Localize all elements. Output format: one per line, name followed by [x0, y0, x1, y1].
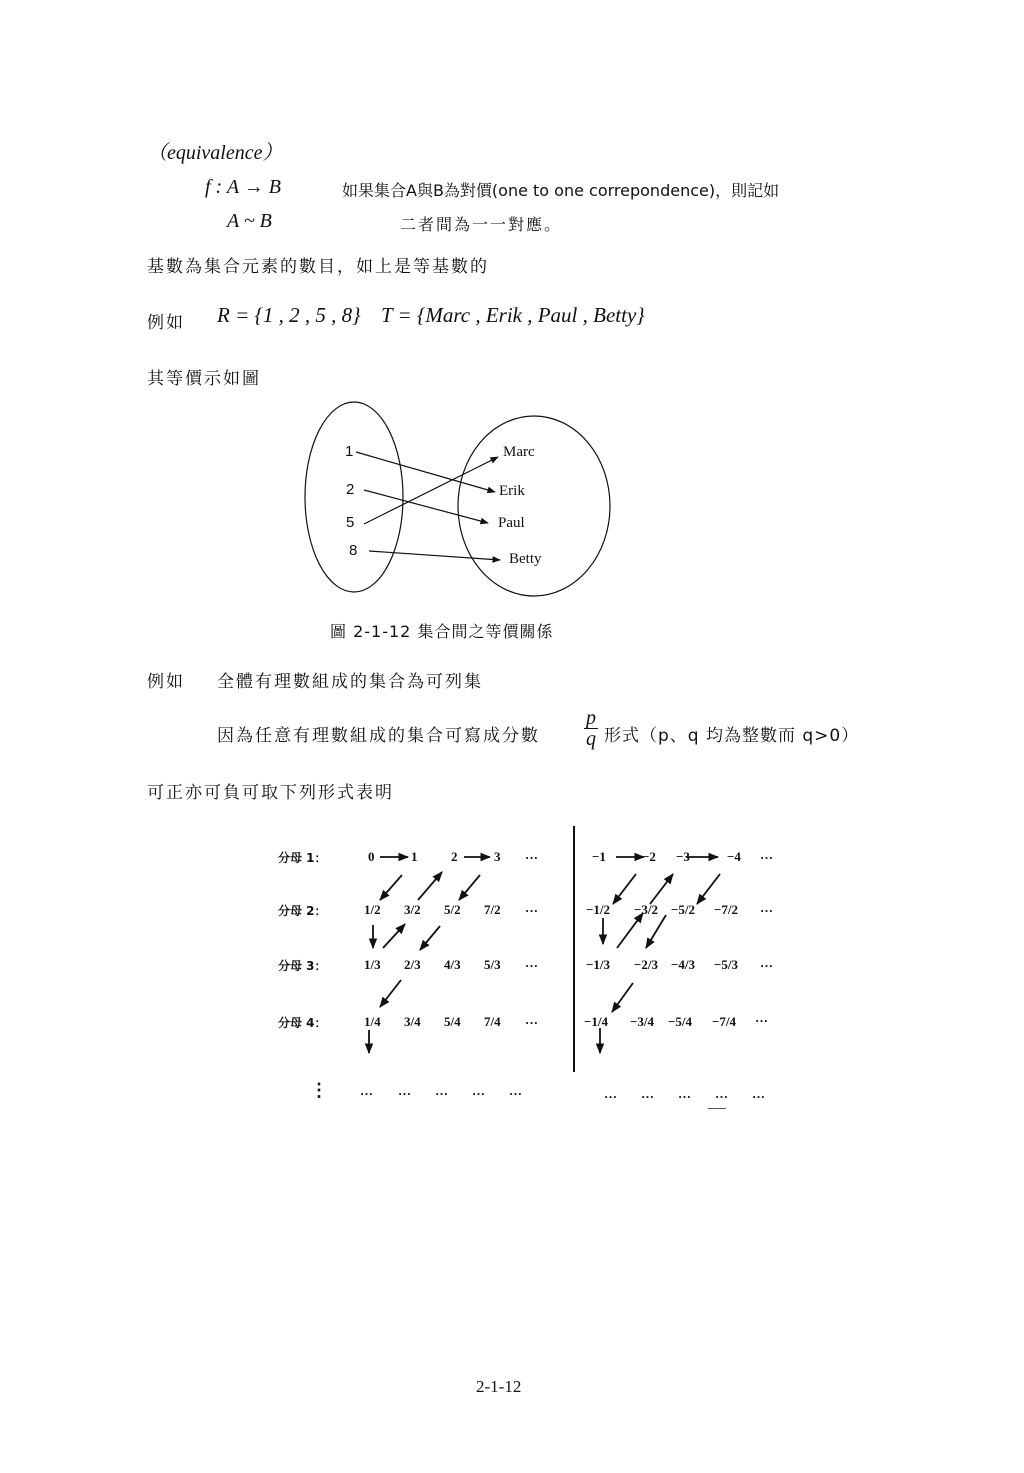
example-label: 例如: [147, 308, 185, 333]
formula-map-text: 如果集合A與B為對價(one to one correpondence)，則記如: [342, 178, 779, 201]
bottom-ellipsis-5: …: [509, 1083, 522, 1099]
bottom-ellipsis-2: …: [398, 1083, 411, 1099]
row-label-2: 分母 2：: [278, 902, 327, 919]
bottom-ellipsis-9: …: [715, 1086, 728, 1102]
page-number: 2-1-12: [476, 1377, 521, 1397]
bottom-ellipsis-10: …: [752, 1086, 765, 1102]
formula-map: f : A → B: [205, 176, 281, 199]
left-item-1: 1: [345, 443, 353, 460]
right-item-erik: Erik: [499, 483, 525, 500]
set-T: T = {Marc , Erik , Paul , Betty}: [381, 303, 645, 328]
set-mapping-diagram: [290, 395, 630, 605]
set-R: R = {1 , 2 , 5 , 8}: [217, 303, 361, 328]
fraction-p-over-q: p q: [584, 708, 598, 749]
reason-prefix: 因為任意有理數組成的集合可寫成分數: [217, 721, 540, 746]
bottom-ellipsis-6: …: [604, 1086, 617, 1102]
fraction-numerator: p: [584, 708, 598, 729]
enumeration-arrows: [340, 840, 790, 1070]
bottom-ellipsis-3: …: [435, 1083, 448, 1099]
bottom-ellipsis-8: …: [678, 1086, 691, 1102]
example2-text: 全體有理數組成的集合為可列集: [217, 667, 483, 692]
cardinality-paragraph: 基數為集合元素的數目，如上是等基數的: [147, 252, 489, 277]
bottom-ellipsis-4: …: [472, 1083, 485, 1099]
left-item-5: 5: [346, 514, 354, 531]
right-item-paul: Paul: [498, 515, 525, 532]
formula-equiv-text: 二者間為一一對應。: [400, 212, 562, 235]
reason-suffix: 形式（p、q 均為整數而 q>0）: [604, 721, 859, 746]
bottom-ellipsis-7: …: [641, 1086, 654, 1102]
right-item-betty: Betty: [509, 551, 542, 568]
bottom-ellipsis-1: …: [360, 1083, 373, 1099]
left-item-8: 8: [349, 542, 357, 559]
left-item-2: 2: [346, 481, 354, 498]
formula-equiv: A ~ B: [227, 210, 272, 233]
row-label-1: 分母 1：: [278, 849, 327, 866]
fraction-denominator: q: [584, 729, 598, 749]
stray-underline: [708, 1108, 726, 1109]
equiv-shown-text: 其等價示如圖: [147, 364, 261, 389]
example2-label: 例如: [147, 667, 185, 692]
row-label-3: 分母 3：: [278, 957, 327, 974]
heading-equivalence: （equivalence）: [147, 136, 283, 165]
right-item-marc: Marc: [503, 444, 535, 461]
figure-caption: 圖 2-1-12 集合間之等價關係: [330, 619, 553, 642]
row-label-4: 分母 4：: [278, 1014, 327, 1031]
right-set-ellipse: [458, 416, 610, 596]
vertical-dots: ⋮: [310, 1080, 328, 1101]
form-text: 可正亦可負可取下列形式表明: [147, 778, 394, 803]
